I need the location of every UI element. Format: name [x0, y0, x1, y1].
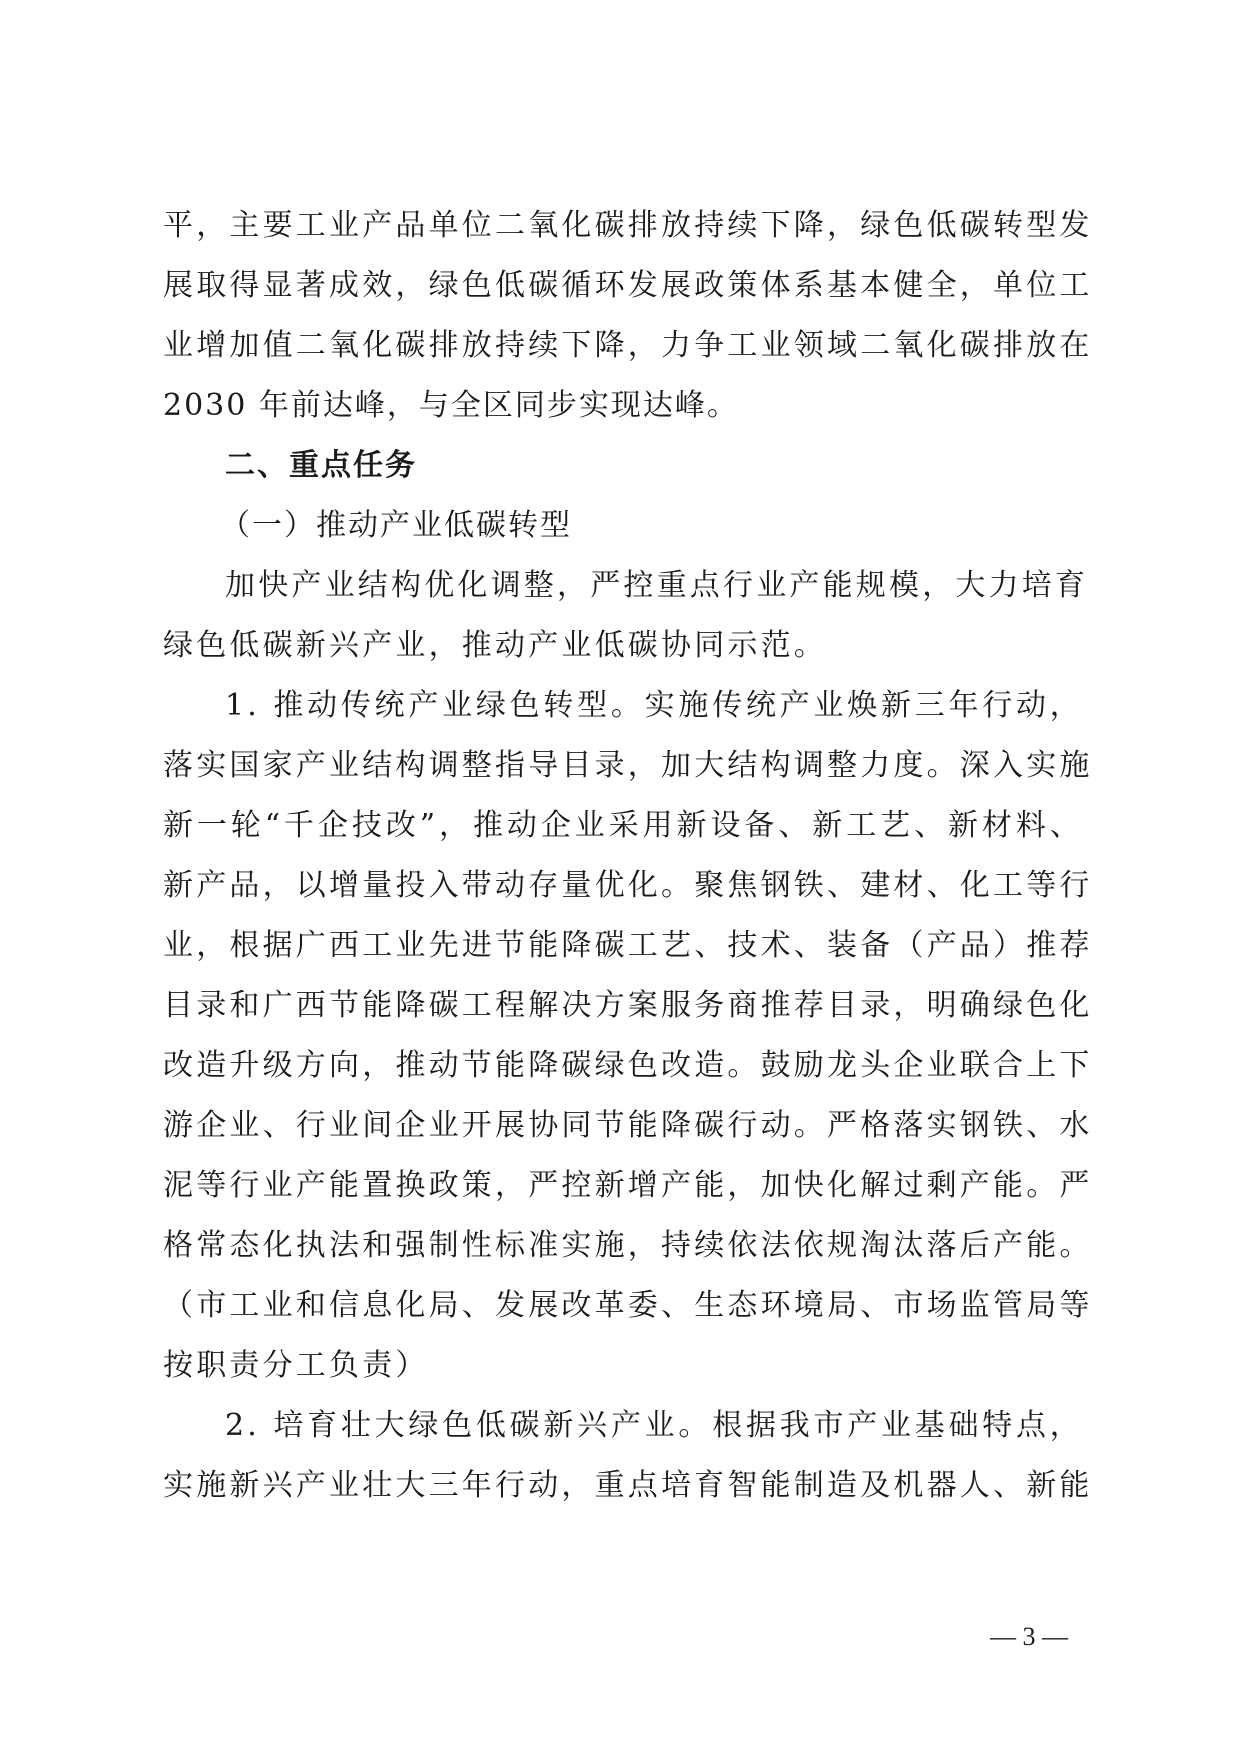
list-item-heading: 1. 推动传统产业绿色转型。实施传统产业焕新三年行动，	[225, 686, 1083, 726]
paragraph-line: 加快产业结构优化调整，严控重点行业产能规模，大力培育	[225, 566, 1083, 606]
paragraph-line: 业增加值二氧化碳排放持续下降，力争工业领域二氧化碳排放在	[163, 326, 1083, 366]
paragraph-line: 平，主要工业产品单位二氧化碳排放持续下降，绿色低碳转型发	[163, 206, 1083, 246]
list-item-heading: 2. 培育壮大绿色低碳新兴产业。根据我市产业基础特点，	[225, 1406, 1083, 1446]
paragraph-line: 目录和广西节能降碳工程解决方案服务商推荐目录，明确绿色化	[163, 986, 1083, 1026]
paragraph-line: 新产品，以增量投入带动存量优化。聚焦钢铁、建材、化工等行	[163, 866, 1083, 906]
paragraph-line: 新一轮“千企技改”，推动企业采用新设备、新工艺、新材料、	[163, 806, 1083, 846]
page-number: — 3 —	[990, 1622, 1068, 1652]
paragraph-line: 游企业、行业间企业开展协同节能降碳行动。严格落实钢铁、水	[163, 1106, 1083, 1146]
paragraph-line: 格常态化执法和强制性标准实施，持续依法依规淘汰落后产能。	[163, 1226, 1083, 1266]
paragraph-line: 绿色低碳新兴产业，推动产业低碳协同示范。	[163, 626, 1083, 666]
paragraph-line: 2030 年前达峰，与全区同步实现达峰。	[163, 386, 1083, 426]
document-page: 平，主要工业产品单位二氧化碳排放持续下降，绿色低碳转型发 展取得显著成效，绿色低…	[0, 0, 1241, 1755]
paragraph-line: 改造升级方向，推动节能降碳绿色改造。鼓励龙头企业联合上下	[163, 1046, 1083, 1086]
paragraph-line: 业，根据广西工业先进节能降碳工艺、技术、装备（产品）推荐	[163, 926, 1083, 966]
section-heading: 二、重点任务	[225, 446, 1083, 486]
paragraph-line: 泥等行业产能置换政策，严控新增产能，加快化解过剩产能。严	[163, 1166, 1083, 1206]
paragraph-line: 展取得显著成效，绿色低碳循环发展政策体系基本健全，单位工	[163, 266, 1083, 306]
responsible-departments-line: 按职责分工负责）	[163, 1346, 1083, 1386]
paragraph-line: 实施新兴产业壮大三年行动，重点培育智能制造及机器人、新能	[163, 1466, 1083, 1506]
subsection-heading: （一）推动产业低碳转型	[220, 506, 1140, 546]
responsible-departments-line: （市工业和信息化局、发展改革委、生态环境局、市场监管局等	[163, 1286, 1083, 1326]
paragraph-line: 落实国家产业结构调整指导目录，加大结构调整力度。深入实施	[163, 746, 1083, 786]
